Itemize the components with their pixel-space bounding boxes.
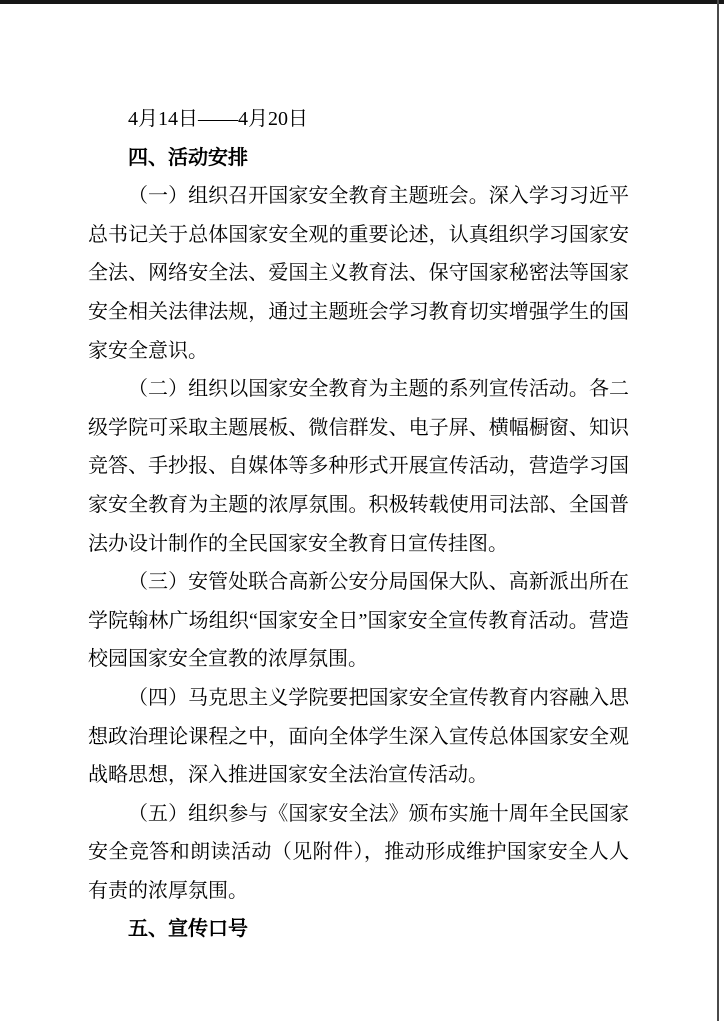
paragraph-activity-5: （五）组织参与《国家安全法》颁布实施十周年全民国家安全竞答和朗读活动（见附件），…: [88, 795, 629, 911]
page-top-border: [0, 0, 724, 4]
section-heading-slogans: 五、宣传口号: [88, 910, 629, 949]
document-content: 4月14日——4月20日 四、活动安排 （一）组织召开国家安全教育主题班会。深入…: [88, 100, 629, 949]
document-page: 4月14日——4月20日 四、活动安排 （一）组织召开国家安全教育主题班会。深入…: [0, 0, 724, 1021]
page-right-border: [717, 0, 719, 1021]
paragraph-activity-1: （一）组织召开国家安全教育主题班会。深入学习习近平总书记关于总体国家安全观的重要…: [88, 177, 629, 370]
date-range-line: 4月14日——4月20日: [88, 100, 629, 139]
paragraph-activity-2: （二）组织以国家安全教育为主题的系列宣传活动。各二级学院可采取主题展板、微信群发…: [88, 370, 629, 563]
paragraph-activity-3: （三）安管处联合高新公安分局国保大队、高新派出所在学院翰林广场组织“国家安全日”…: [88, 563, 629, 679]
section-heading-activities: 四、活动安排: [88, 139, 629, 178]
paragraph-activity-4: （四）马克思主义学院要把国家安全宣传教育内容融入思想政治理论课程之中，面向全体学…: [88, 679, 629, 795]
